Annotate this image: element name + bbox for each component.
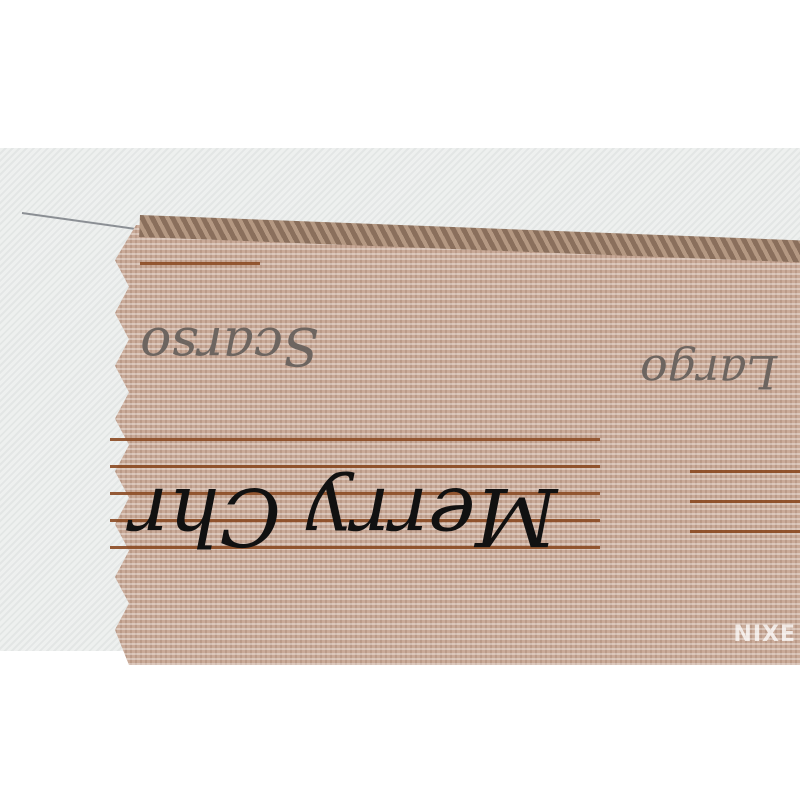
watermark: NIXE	[733, 622, 796, 647]
staff-line	[140, 262, 260, 265]
staff-line	[690, 500, 800, 503]
staff-line	[110, 438, 600, 441]
fabric-swatch	[115, 225, 800, 665]
staff-line	[110, 465, 600, 468]
printed-text-largo: Largo	[640, 345, 777, 399]
staff-line	[690, 470, 800, 473]
printed-text-scarso: Scarso	[140, 315, 319, 375]
printed-text-merry: Merry Chr	[130, 470, 557, 563]
staff-line	[690, 530, 800, 533]
